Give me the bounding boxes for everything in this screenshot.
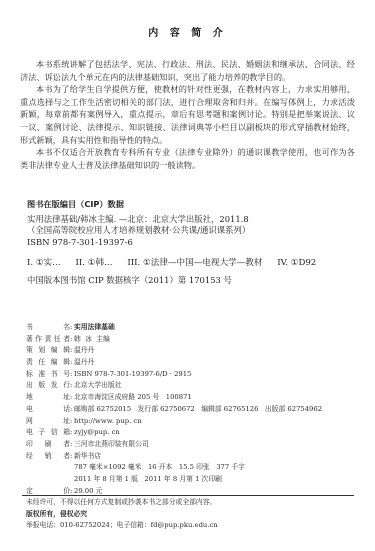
colophon-row-author: 著作责任者: 韩 冰 主编 — [26, 334, 322, 346]
rights-notice: 未经许可，不得以任何方式复制或抄袭本书之部分或全部内容。 — [26, 497, 218, 509]
summary-paragraph-1: 本书系统讲解了包括法学、宪法、行政法、刑法、民法、婚姻法和继承法、合同法、经济法… — [20, 58, 355, 83]
value-planning-editor: 温丹丹 — [74, 345, 94, 357]
cip-line-isbn: ISBN 978-7-301-19397-6 — [27, 237, 250, 249]
classification-1: I. ①实… — [27, 258, 61, 268]
cip-number: 中国版本图书馆 CIP 数据核字（2011）第 170153 号 — [27, 274, 232, 286]
value-printer: 三河市北燕印装有限公司 — [74, 439, 149, 451]
value-address: 北京市海淀区成府路 205 号 100871 — [74, 392, 192, 404]
colophon-row-isbn: 标准书号: ISBN 978-7-301-19397-6/D · 2915 — [26, 369, 322, 381]
colophon-row-specs: 787 毫米×1092 毫米 16 开本 15.5 印张 377 千字 — [26, 462, 322, 474]
colophon-row-planning-editor: 策划编辑: 温丹丹 — [26, 345, 322, 357]
summary-body: 本书系统讲解了包括法学、宪法、行政法、刑法、民法、婚姻法和继承法、合同法、经济法… — [20, 58, 355, 171]
colophon-row-title: 书名: 实用法律基础 — [26, 322, 322, 334]
colophon-row-distributor: 经销者: 新华书店 — [26, 451, 322, 463]
label-email: 电子信箱 — [26, 427, 70, 439]
value-isbn: ISBN 978-7-301-19397-6/D · 2915 — [74, 369, 191, 381]
colophon: 书名: 实用法律基础 著作责任者: 韩 冰 主编 策划编辑: 温丹丹 责任编辑:… — [26, 322, 322, 497]
label-website: 网址 — [26, 416, 70, 428]
summary-paragraph-3: 本书不仅适合开放教育专科所有专业（法律专业除外）的通识课教学使用，也可作为各类非… — [20, 146, 355, 171]
cip-header: 图书在版编目（CIP）数据 — [27, 199, 250, 211]
label-title: 书名 — [26, 322, 70, 334]
classification-line: I. ①实… II. ①韩… III. ①法律—中国—电视大学—教材 IV. ①… — [27, 256, 328, 268]
value-phone: 邮购部 62752015 发行部 62750672 编辑部 62765126 出… — [74, 404, 322, 416]
value-specs: 787 毫米×1092 毫米 16 开本 15.5 印张 377 千字 — [74, 462, 245, 474]
label-isbn: 标准书号 — [26, 369, 70, 381]
label-distributor: 经销者 — [26, 451, 70, 463]
value-publisher: 北京大学出版社 — [74, 380, 122, 392]
label-phone: 电话 — [26, 404, 70, 416]
label-publisher: 出版发行 — [26, 380, 70, 392]
cip-block: 图书在版编目（CIP）数据 实用法律基础/韩冰主编. —北京：北京大学出版社，2… — [27, 199, 250, 248]
cip-line-2: （全国高等院校应用人才培养规划教材·公共课/通识课系列） — [27, 225, 250, 237]
classification-3: III. ①法律—中国—电视大学—教材 — [127, 258, 262, 268]
classification-2: II. ①韩… — [75, 258, 112, 268]
colophon-row-responsible-editor: 责任编辑: 温丹丹 — [26, 357, 322, 369]
colophon-row-publisher: 出版发行: 北京大学出版社 — [26, 380, 322, 392]
label-author: 著作责任者 — [26, 334, 70, 346]
value-email[interactable]: zyjy@pup. cn — [74, 427, 120, 439]
classification-4: IV. ①D92 — [277, 258, 316, 268]
colophon-row-website: 网址: http://www. pup. cn — [26, 416, 322, 428]
label-address: 地址 — [26, 392, 70, 404]
label-printer: 印刷者 — [26, 439, 70, 451]
summary-paragraph-2: 本书为了给学生自学提供方便，使教材的针对性更强，在教材内容上，力求实用够用，重点… — [20, 83, 355, 146]
separator-line — [22, 495, 354, 496]
colophon-row-email: 电子信箱: zyjy@pup. cn — [26, 427, 322, 439]
label-planning-editor: 策划编辑 — [26, 345, 70, 357]
value-author: 韩 冰 主编 — [74, 334, 110, 346]
value-edition: 2011 年 8 月第 1 版 2011 年 8 月第 1 次印刷 — [74, 474, 222, 486]
colophon-row-edition: 2011 年 8 月第 1 版 2011 年 8 月第 1 次印刷 — [26, 474, 322, 486]
colophon-row-phone: 电话: 邮购部 62752015 发行部 62750672 编辑部 627651… — [26, 404, 322, 416]
colophon-row-printer: 印刷者: 三河市北燕印装有限公司 — [26, 439, 322, 451]
label-responsible-editor: 责任编辑 — [26, 357, 70, 369]
rights-block: 未经许可，不得以任何方式复制或抄袭本书之部分或全部内容。 版权所有，侵权必究 举… — [26, 497, 218, 532]
value-website[interactable]: http://www. pup. cn — [74, 416, 142, 428]
value-responsible-editor: 温丹丹 — [74, 357, 94, 369]
value-title: 实用法律基础 — [74, 322, 115, 334]
rights-reserved: 版权所有，侵权必究 — [26, 509, 218, 521]
cip-line-1: 实用法律基础/韩冰主编. —北京：北京大学出版社，2011.8 — [27, 214, 250, 226]
rights-report-contact: 举报电话：010-62752024；电子信箱：fd@pup.pku.edu.cn — [26, 520, 218, 532]
summary-title: 内 容 简 介 — [0, 24, 375, 39]
colophon-row-address: 地址: 北京市海淀区成府路 205 号 100871 — [26, 392, 322, 404]
value-distributor: 新华书店 — [74, 451, 101, 463]
